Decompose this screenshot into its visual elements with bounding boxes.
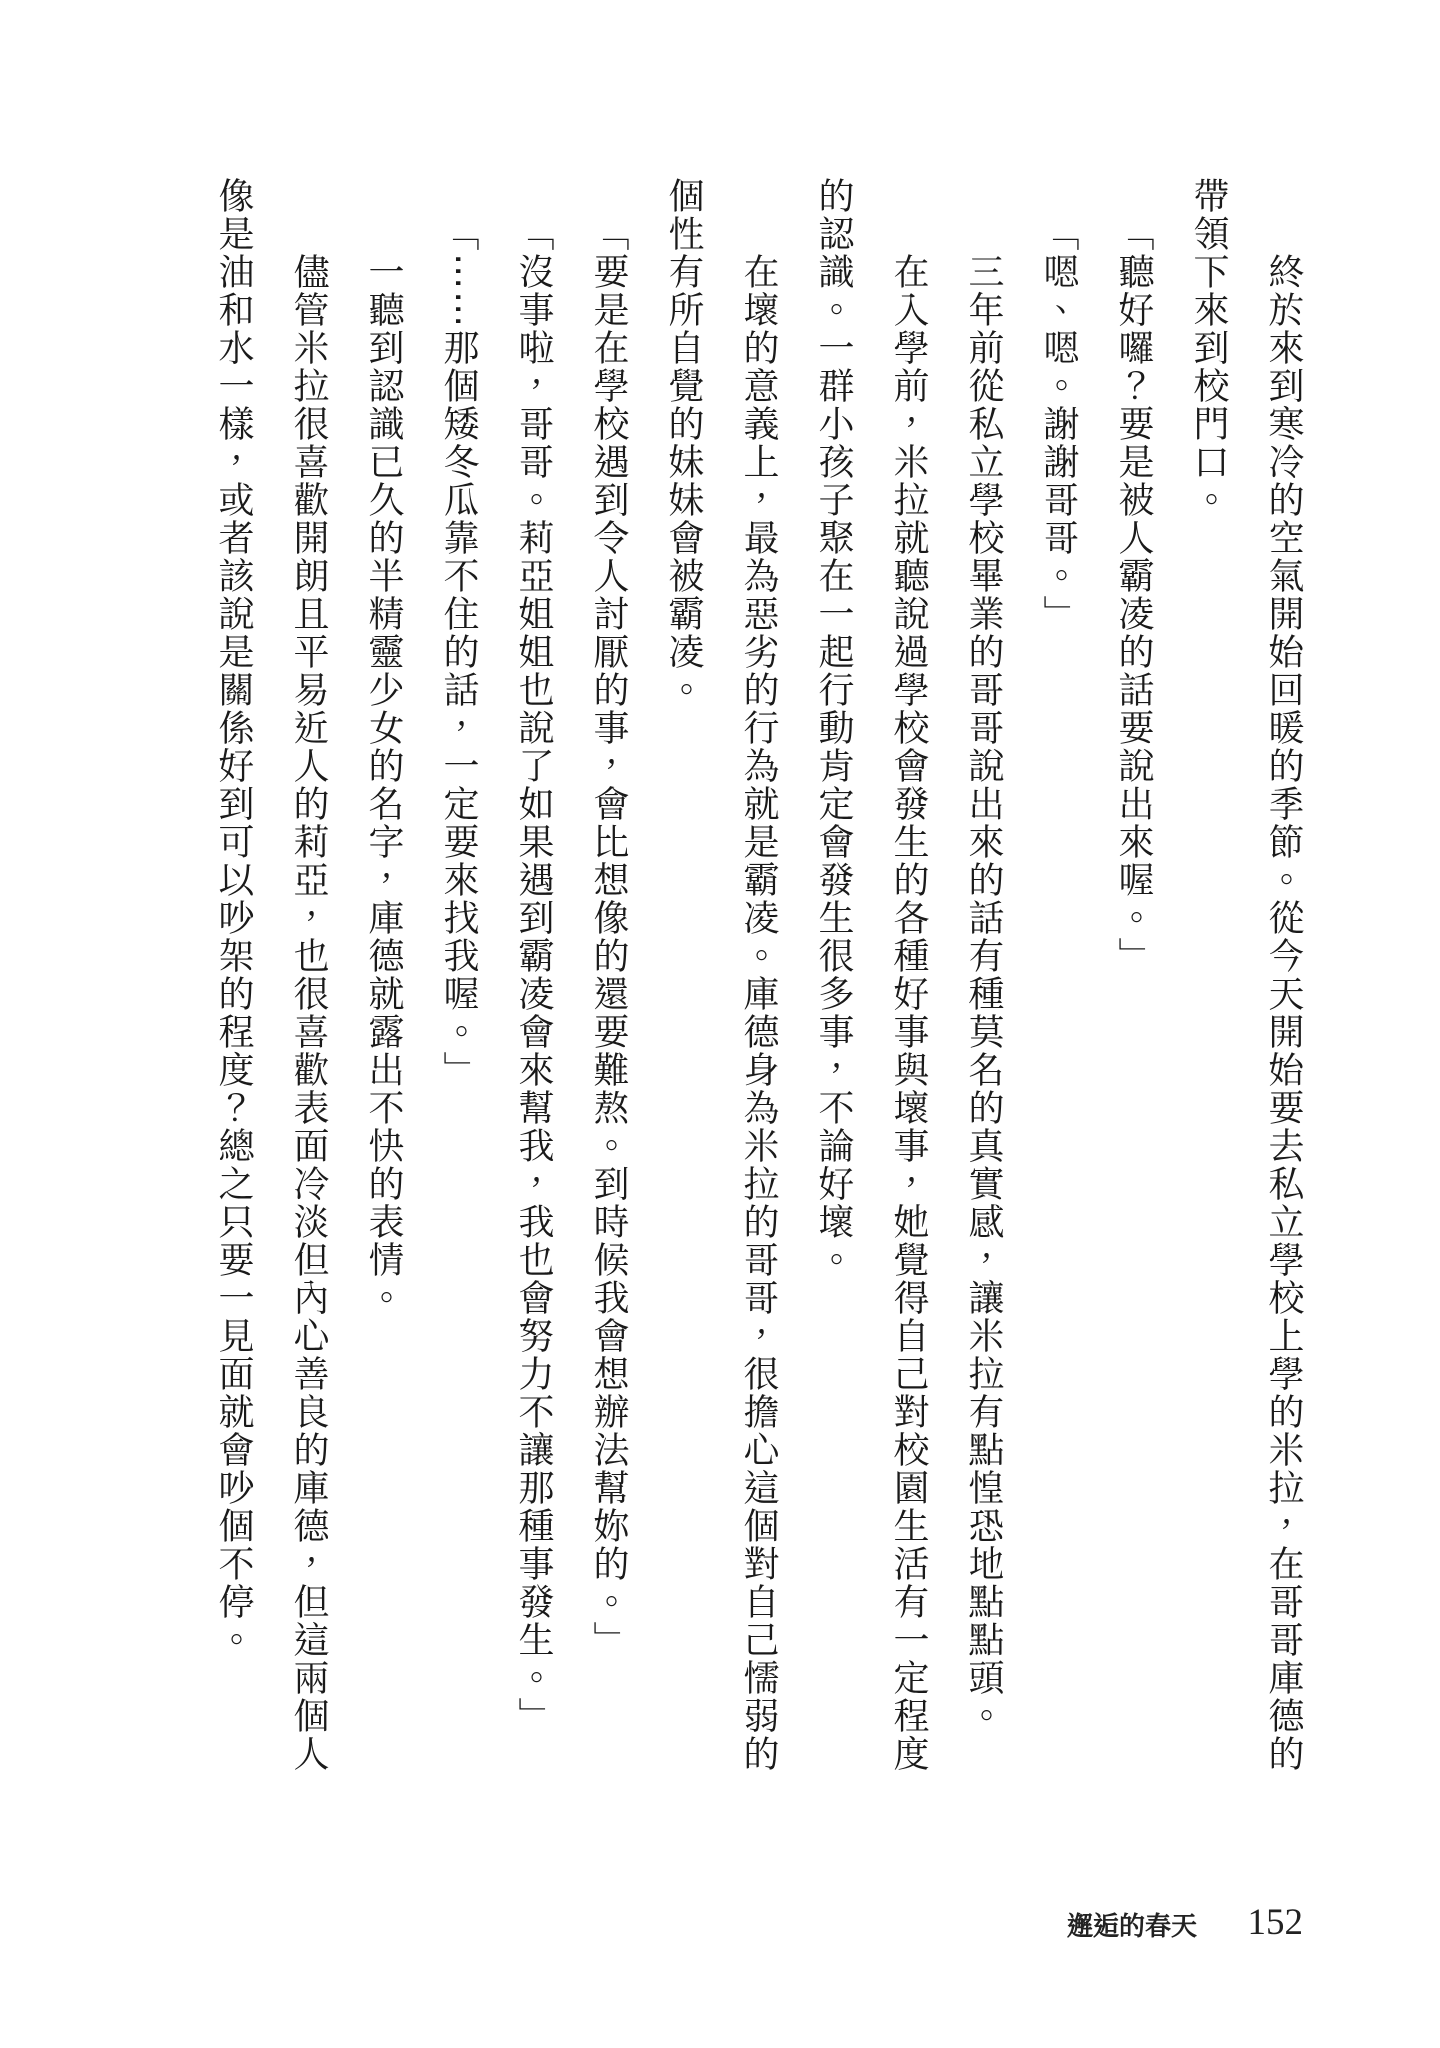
paragraph: 三年前從私立學校畢業的哥哥說出來的話有種莫名的真實感，讓米拉有點惶恐地點點頭。 [946,177,1021,1789]
paragraph: 一聽到認識已久的半精靈少女的名字，庫德就露出不快的表情。 [346,177,421,1789]
book-page: 終於來到寒冷的空氣開始回暖的季節。從今天開始要去私立學校上學的米拉，在哥哥庫德的… [0,0,1440,2048]
running-title: 邂逅的春天 [1067,1906,1197,1943]
paragraph-dialogue: 「要是在學校遇到令人討厭的事，會比想像的還要難熬。到時候我會想辦法幫妳的。」 [571,177,646,1789]
paragraph-dialogue: 「⋯⋯那個矮冬瓜靠不住的話，一定要來找我喔。」 [421,177,496,1789]
paragraph: 在壞的意義上，最為惡劣的行為就是霸凌。庫德身為米拉的哥哥，很擔心這個對自己懦弱的… [646,177,796,1789]
paragraph: 在入學前，米拉就聽說過學校會發生的各種好事與壞事，她覺得自己對校園生活有一定程度… [796,177,946,1789]
paragraph-dialogue: 「嗯、嗯。謝謝哥哥。」 [1021,177,1096,1789]
paragraph: 儘管米拉很喜歡開朗且平易近人的莉亞，也很喜歡表面冷淡但內心善良的庫德，但這兩個人… [196,177,346,1789]
body-text-block: 終於來到寒冷的空氣開始回暖的季節。從今天開始要去私立學校上學的米拉，在哥哥庫德的… [196,177,1321,1789]
page-number: 152 [1248,1901,1304,1944]
paragraph-dialogue: 「沒事啦，哥哥。莉亞姐姐也說了如果遇到霸凌會來幫我，我也會努力不讓那種事發生。」 [496,177,571,1789]
paragraph-dialogue: 「聽好囉？要是被人霸凌的話要說出來喔。」 [1096,177,1171,1789]
paragraph: 終於來到寒冷的空氣開始回暖的季節。從今天開始要去私立學校上學的米拉，在哥哥庫德的… [1171,177,1321,1789]
